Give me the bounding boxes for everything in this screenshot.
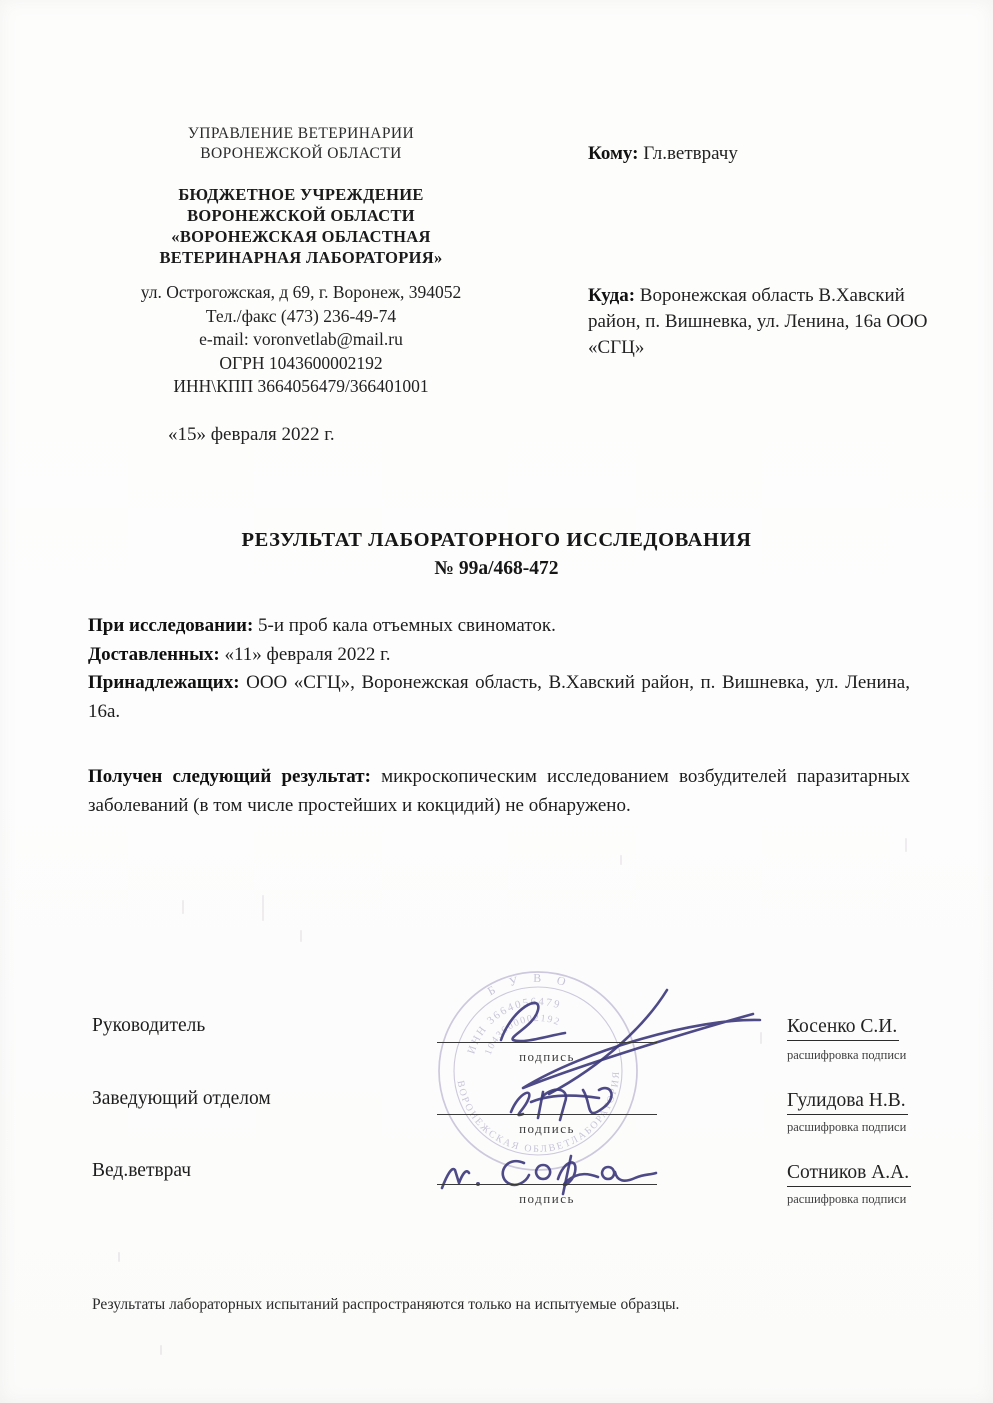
recipient-to: Кому: Гл.ветврачу bbox=[588, 141, 938, 167]
signatory-name-vet: Сотников А.А. bbox=[787, 1162, 911, 1187]
scan-noise-mark bbox=[760, 1032, 762, 1044]
signature-role-head-of-department: Заведующий отделом bbox=[92, 1088, 271, 1110]
org-name-line: ВЕТЕРИНАРНАЯ ЛАБОРАТОРИЯ» bbox=[85, 247, 517, 268]
recipient-where-label: Куда: bbox=[588, 285, 635, 306]
signature-caption: подпись bbox=[437, 1049, 657, 1065]
phone-line: Тел./факс (473) 236-49-74 bbox=[85, 305, 517, 329]
paragraph-samples: При исследовании: 5-и проб кала отъемных… bbox=[88, 612, 910, 641]
paragraph-result: Получен следующий результат: микроскопич… bbox=[88, 763, 910, 820]
footer-disclaimer: Результаты лабораторных испытаний распро… bbox=[92, 1296, 912, 1314]
org-name-line: «ВОРОНЕЖСКАЯ ОБЛАСТНАЯ bbox=[85, 226, 517, 247]
document-title: РЕЗУЛЬТАТ ЛАБОРАТОРНОГО ИССЛЕДОВАНИЯ bbox=[0, 529, 993, 552]
paragraph-samples-label: При исследовании: bbox=[88, 615, 253, 636]
name-caption: расшифровка подписи bbox=[787, 1048, 906, 1063]
paragraph-owner-label: Принадлежащих: bbox=[88, 672, 240, 693]
name-caption: расшифровка подписи bbox=[787, 1120, 906, 1135]
round-stamp: Б У В О ВОРОНЕЖСКАЯ ОБЛВЕТЛАБОРАТОРИЯ ИН… bbox=[428, 968, 648, 1174]
signature-line bbox=[437, 1042, 657, 1043]
scan-noise-mark bbox=[905, 838, 907, 852]
email-line: e-mail: voronvetlab@mail.ru bbox=[85, 328, 517, 352]
signature-role-director: Руководитель bbox=[92, 1015, 205, 1037]
org-name-line: БЮДЖЕТНОЕ УЧРЕЖДЕНИЕ bbox=[85, 184, 517, 205]
contact-block: ул. Острогожская, д 69, г. Воронеж, 3940… bbox=[85, 281, 517, 399]
scan-noise-mark bbox=[300, 930, 302, 942]
paragraph-owner: Принадлежащих: ООО «СГЦ», Воронежская об… bbox=[88, 669, 910, 726]
authority-block: УПРАВЛЕНИЕ ВЕТЕРИНАРИИ ВОРОНЕЖСКОЙ ОБЛАС… bbox=[85, 124, 517, 164]
recipient-where-value: Воронежская область В.Хавский район, п. … bbox=[588, 285, 927, 358]
signature-caption: подпись bbox=[437, 1191, 657, 1207]
ogrn-line: ОГРН 1043600002192 bbox=[85, 352, 517, 376]
signatory-name-director: Косенко С.И. bbox=[787, 1016, 899, 1041]
recipient-to-label: Кому: bbox=[588, 143, 639, 164]
scan-noise-mark bbox=[262, 895, 264, 921]
svg-text:Б У В О: Б У В О bbox=[485, 971, 573, 998]
scan-noise-mark bbox=[160, 1345, 162, 1355]
paragraph-delivered-label: Доставленных: bbox=[88, 644, 220, 665]
scan-noise-mark bbox=[620, 855, 622, 865]
document-date: «15» февраля 2022 г. bbox=[168, 424, 335, 446]
document-page: УПРАВЛЕНИЕ ВЕТЕРИНАРИИ ВОРОНЕЖСКОЙ ОБЛАС… bbox=[0, 0, 993, 1403]
signature-caption: подпись bbox=[437, 1121, 657, 1137]
signature-role-lead-vet: Вед.ветврач bbox=[92, 1160, 191, 1182]
paragraph-result-label: Получен следующий результат: bbox=[88, 766, 371, 787]
stamp-ring-bottom-text: ВОРОНЕЖСКАЯ ОБЛВЕТЛАБОРАТОРИЯ bbox=[455, 1070, 623, 1155]
authority-line: УПРАВЛЕНИЕ ВЕТЕРИНАРИИ bbox=[85, 124, 517, 144]
scan-noise-mark bbox=[182, 900, 184, 914]
authority-line: ВОРОНЕЖСКОЙ ОБЛАСТИ bbox=[85, 144, 517, 164]
signature-line bbox=[437, 1184, 657, 1185]
scan-noise-mark bbox=[118, 1252, 120, 1262]
document-body: При исследовании: 5-и проб кала отъемных… bbox=[88, 612, 910, 820]
signature-line bbox=[437, 1114, 657, 1115]
organization-name-block: БЮДЖЕТНОЕ УЧРЕЖДЕНИЕ ВОРОНЕЖСКОЙ ОБЛАСТИ… bbox=[85, 184, 517, 268]
address-line: ул. Острогожская, д 69, г. Воронеж, 3940… bbox=[85, 281, 517, 305]
signatory-name-head: Гулидова Н.В. bbox=[787, 1090, 908, 1115]
recipient-block: Кому: Гл.ветврачу Куда: Воронежская обла… bbox=[588, 141, 938, 361]
recipient-to-value: Гл.ветврачу bbox=[643, 143, 738, 164]
inn-kpp-line: ИНН\КПП 3664056479/366401001 bbox=[85, 375, 517, 399]
recipient-where: Куда: Воронежская область В.Хавский райо… bbox=[588, 283, 938, 361]
paragraph-delivered: Доставленных: «11» февраля 2022 г. bbox=[88, 641, 910, 670]
document-number: № 99а/468-472 bbox=[0, 558, 993, 580]
org-name-line: ВОРОНЕЖСКОЙ ОБЛАСТИ bbox=[85, 205, 517, 226]
stamp-ring-top-text: Б У В О bbox=[485, 971, 573, 998]
name-caption: расшифровка подписи bbox=[787, 1192, 906, 1207]
svg-text:ВОРОНЕЖСКАЯ ОБЛВЕТЛАБОРАТОРИЯ: ВОРОНЕЖСКАЯ ОБЛВЕТЛАБОРАТОРИЯ bbox=[455, 1070, 623, 1155]
